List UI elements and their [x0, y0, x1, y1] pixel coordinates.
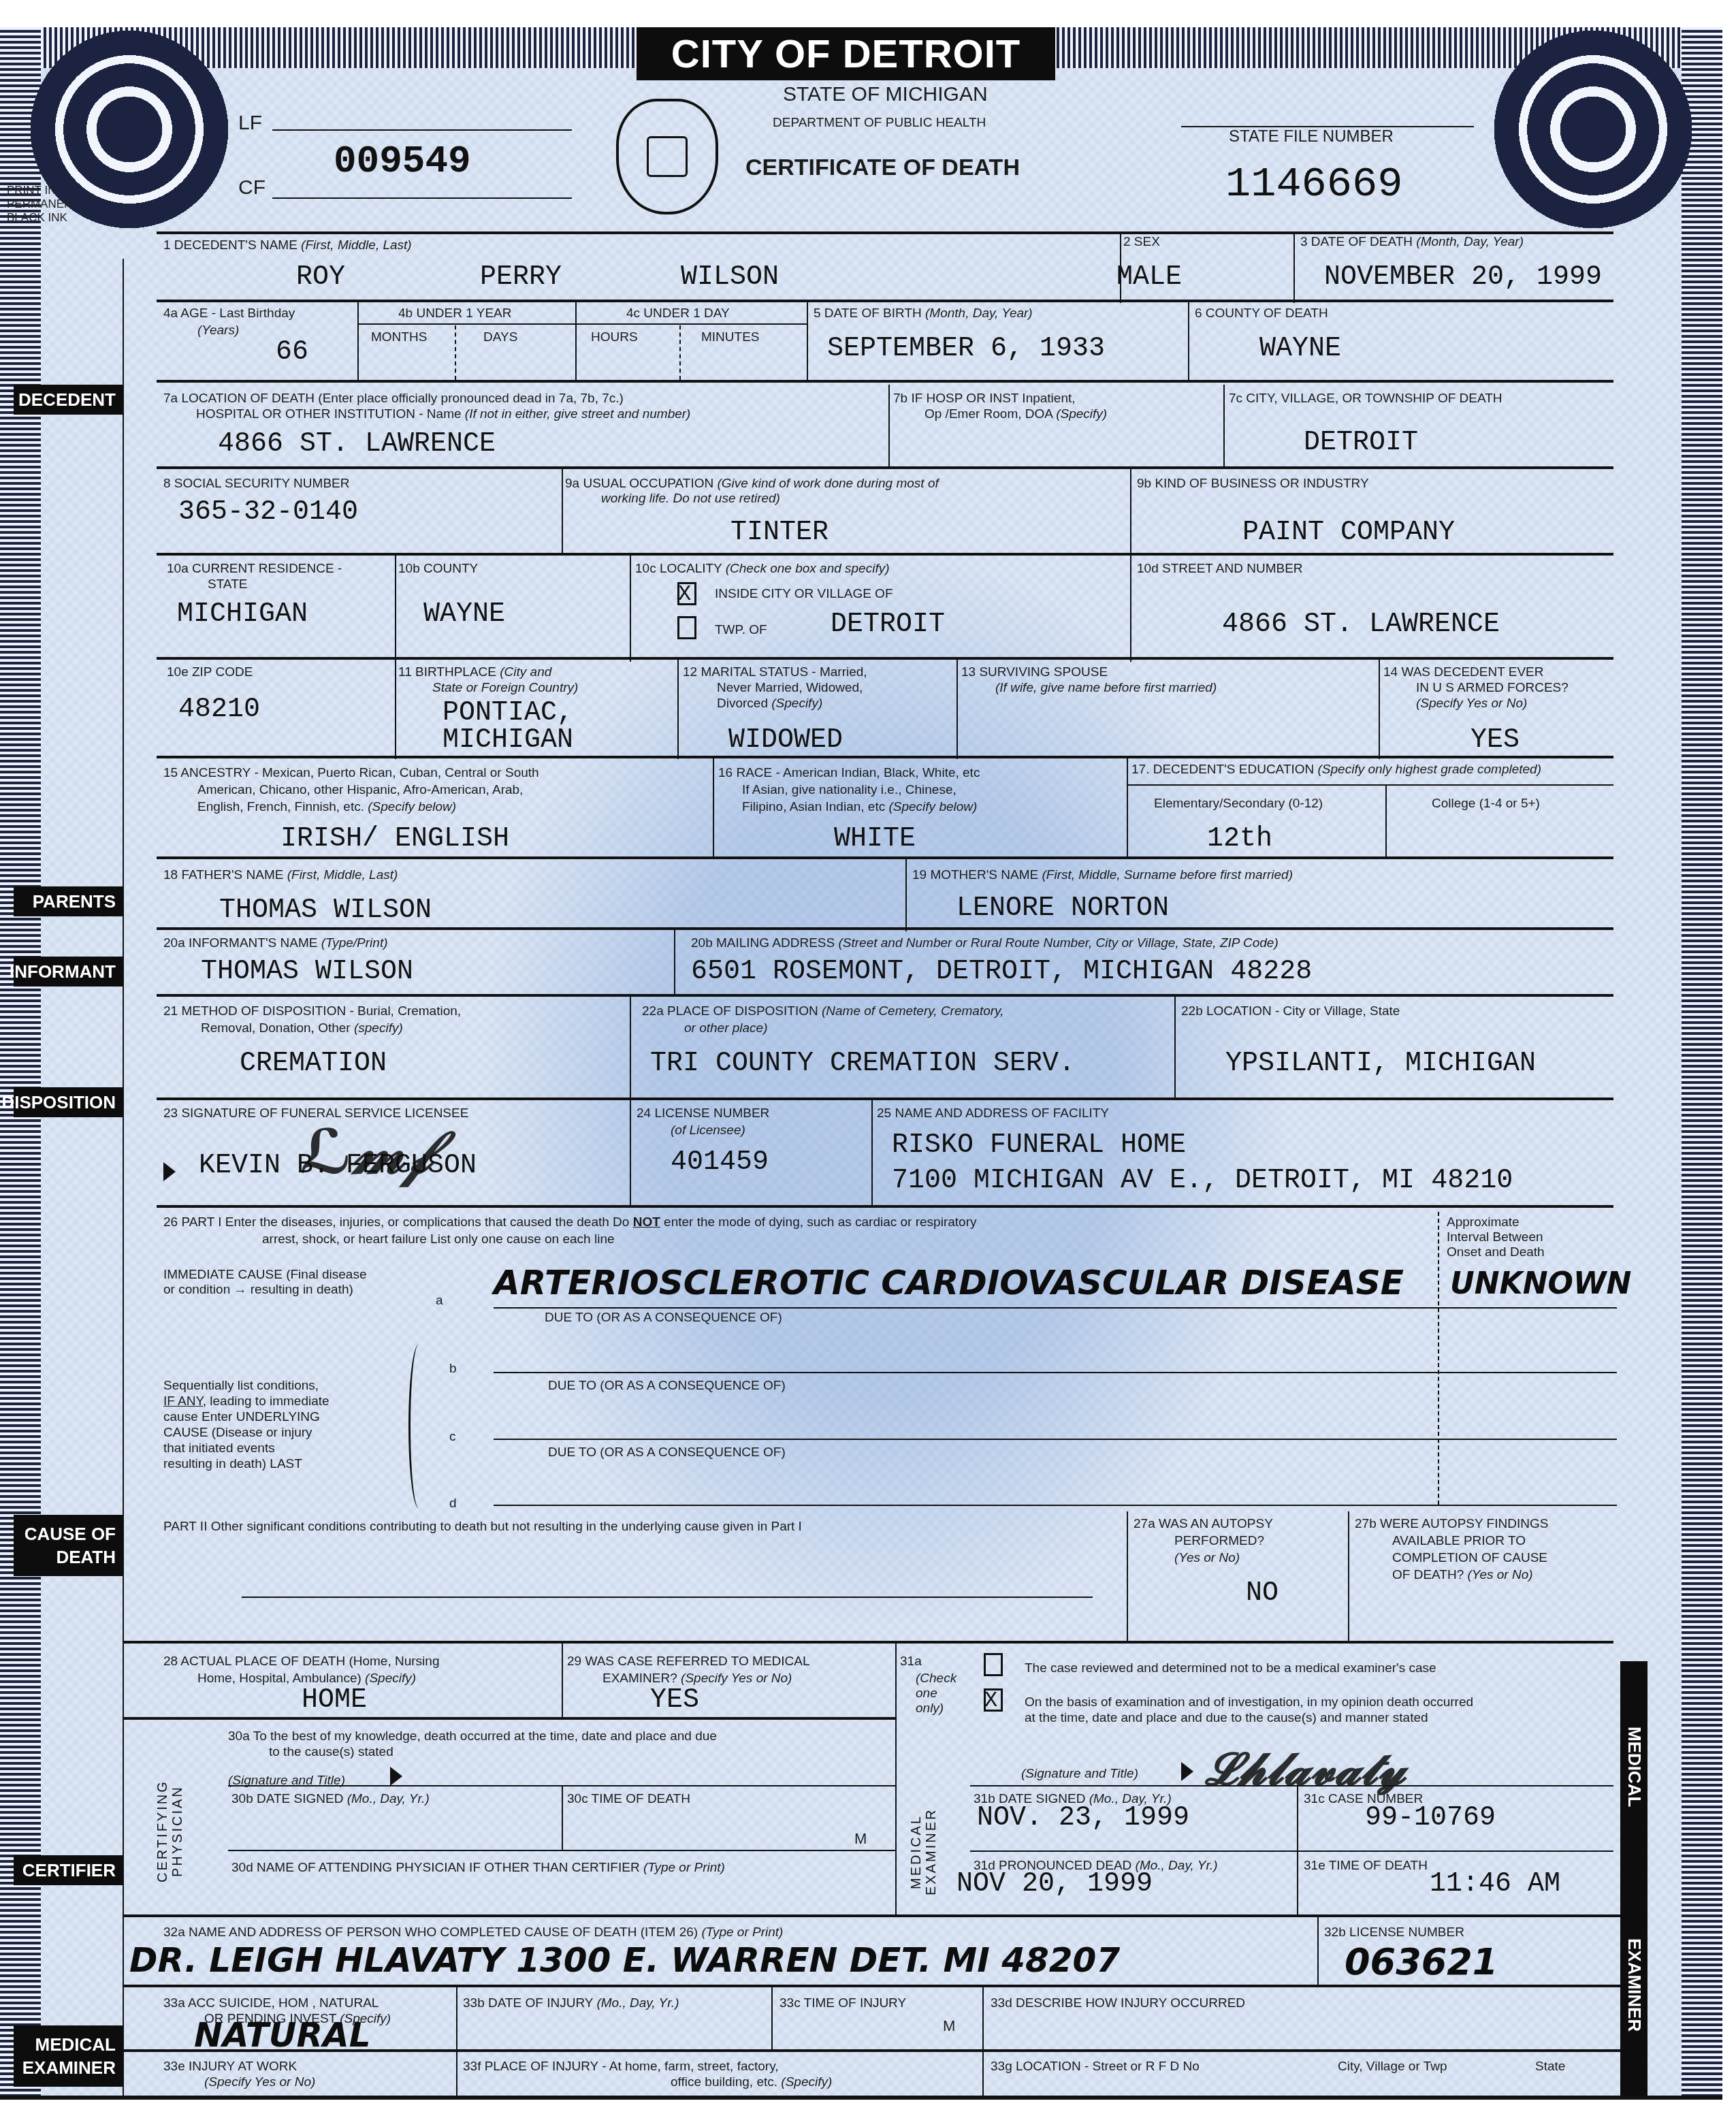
- divider: [395, 553, 396, 662]
- me-bar-line2: EXAMINER: [1624, 1938, 1645, 2032]
- cf-number: 009549: [334, 140, 471, 183]
- bracket-icon: [408, 1345, 429, 1508]
- birthplace-line1: PONTIAC,: [443, 698, 573, 728]
- divider: [357, 323, 807, 325]
- f30d-label: 30d NAME OF ATTENDING PHYSICIAN IF OTHER…: [231, 1861, 725, 1876]
- signature-arrow-icon: [390, 1767, 402, 1786]
- f4c-hours: HOURS: [591, 330, 638, 345]
- divider: [228, 1850, 895, 1851]
- education-elementary: 12th: [1207, 824, 1272, 854]
- f10a-label2: STATE: [208, 577, 247, 592]
- f9a-label: 9a USUAL OCCUPATION (Give kind of work d…: [565, 477, 939, 492]
- f28-label2: Home, Hospital, Ambulance) (Specify): [197, 1671, 416, 1686]
- divider: [630, 553, 631, 662]
- divider: [888, 385, 890, 466]
- date-of-death: NOVEMBER 20, 1999: [1324, 262, 1602, 293]
- birthplace-line2: MICHIGAN: [443, 725, 573, 756]
- divider: [1127, 1511, 1128, 1641]
- licensee-signature: ℒ𝓂𝒻: [300, 1117, 432, 1189]
- sex-value: MALE: [1116, 262, 1182, 293]
- f13-label: 13 SURVIVING SPOUSE: [961, 665, 1108, 680]
- f30c-label: 30c TIME OF DEATH: [567, 1792, 690, 1807]
- residence-street: 4866 ST. LAWRENCE: [1222, 609, 1500, 640]
- f29-label2: EXAMINER? (Specify Yes or No): [602, 1671, 792, 1686]
- signature-arrow-icon: [1181, 1762, 1193, 1781]
- f14-label2: IN U S ARMED FORCES?: [1416, 681, 1569, 696]
- f10b-label: 10b COUNTY: [398, 562, 478, 577]
- f7c-label: 7c CITY, VILLAGE, OR TOWNSHIP OF DEATH: [1229, 391, 1502, 406]
- facility-address: 7100 MICHIGAN AV E., DETROIT, MI 48210: [892, 1166, 1513, 1196]
- interval-divider: [1438, 1212, 1439, 1505]
- divider: [630, 994, 631, 1100]
- pronounced-dead-date: NOV 20, 1999: [957, 1869, 1153, 1899]
- f30c-suffix: M: [854, 1831, 867, 1846]
- f25-label: 25 NAME AND ADDRESS OF FACILITY: [877, 1106, 1109, 1121]
- row-divider: [157, 380, 1613, 383]
- side-tab-medical-examiner: MEDICAL EXAMINER: [14, 2025, 123, 2087]
- f10a-label: 10a CURRENT RESIDENCE -: [167, 562, 342, 577]
- f12-label2: Never Married, Widowed,: [717, 681, 863, 696]
- f33a-label: 33a ACC SUICIDE, HOM , NATURAL: [163, 1996, 379, 2011]
- f33g-state-label: State: [1535, 2059, 1565, 2074]
- f16-label2: If Asian, give nationality i.e., Chinese…: [742, 783, 957, 798]
- disposition-location: YPSILANTI, MICHIGAN: [1225, 1048, 1536, 1079]
- f4b-days: DAYS: [483, 330, 517, 345]
- f10c-label: 10c LOCALITY (Check one box and specify): [635, 562, 890, 577]
- f22b-label: 22b LOCATION - City or Village, State: [1181, 1004, 1400, 1019]
- row-divider: [157, 756, 1613, 758]
- row-divider: [157, 657, 1613, 660]
- f7b-label2: Op /Emer Room, DOA (Specify): [925, 407, 1107, 422]
- watermark-seal: [477, 545, 1293, 1634]
- f27b-label2: AVAILABLE PRIOR TO: [1392, 1534, 1526, 1549]
- divider: [1174, 994, 1176, 1100]
- ancestry-value: IRISH/ ENGLISH: [280, 824, 509, 854]
- f8-label: 8 SOCIAL SECURITY NUMBER: [163, 477, 349, 492]
- age-value: 66: [276, 337, 308, 368]
- row-divider: [123, 1985, 1620, 1987]
- business-industry: PAINT COMPANY: [1242, 517, 1455, 548]
- cause-letter-d: d: [449, 1496, 457, 1511]
- inside-city-checkbox[interactable]: [677, 582, 696, 605]
- cause-line-a: [494, 1307, 1617, 1309]
- decedent-middle-name: PERRY: [480, 262, 562, 293]
- f20a-label: 20a INFORMANT'S NAME (Type/Print): [163, 936, 388, 951]
- decedent-last-name: WILSON: [681, 262, 779, 293]
- date-of-birth: SEPTEMBER 6, 1933: [827, 334, 1105, 364]
- state-seal-icon: [616, 99, 718, 214]
- township-label: TWP. OF: [715, 623, 767, 638]
- township-checkbox[interactable]: [677, 616, 696, 639]
- row-divider: [157, 1205, 1613, 1208]
- part2-label: PART II Other significant conditions con…: [163, 1520, 802, 1535]
- divider: [562, 1641, 563, 1719]
- divider: [1379, 657, 1380, 759]
- side-tab-informant: INFORMANT: [14, 957, 123, 987]
- due-to-b: DUE TO (OR AS A CONSEQUENCE OF): [548, 1379, 786, 1394]
- f18-label: 18 FATHER'S NAME (First, Middle, Last): [163, 868, 398, 883]
- f27a-label: 27a WAS AN AUTOPSY: [1134, 1517, 1273, 1532]
- f29-label: 29 WAS CASE REFERRED TO MEDICAL: [567, 1654, 810, 1669]
- f26-label: 26 PART I Enter the diseases, injuries, …: [163, 1215, 976, 1230]
- f4b-months: MONTHS: [371, 330, 427, 345]
- f6-label: 6 COUNTY OF DEATH: [1195, 306, 1328, 321]
- row-divider: [123, 1717, 895, 1720]
- f2-label: 2 SEX: [1123, 235, 1160, 250]
- f21-label2: Removal, Donation, Other (specify): [201, 1021, 403, 1036]
- f31a-label: 31a: [900, 1654, 922, 1669]
- mother-name: LENORE NORTON: [957, 893, 1169, 924]
- side-tab-cause-line2: DEATH: [56, 1545, 116, 1569]
- row-divider: [157, 994, 1613, 997]
- part2-line: [242, 1597, 1093, 1598]
- autopsy-performed: NO: [1246, 1578, 1279, 1609]
- divider: [674, 927, 675, 995]
- cause-line-d: [494, 1505, 1617, 1506]
- case-number: 99-10769: [1365, 1803, 1496, 1833]
- f15-label2: American, Chicano, other Hispanic, Afro-…: [197, 783, 523, 798]
- f33c-suffix: M: [943, 2019, 955, 2034]
- f17-college-label: College (1-4 or 5+): [1432, 797, 1540, 812]
- f4c-minutes: MINUTES: [701, 330, 760, 345]
- divider: [357, 300, 359, 381]
- form-left-edge: [123, 259, 124, 2097]
- locality-value: DETROIT: [831, 609, 945, 640]
- f14-hint: (Specify Yes or No): [1416, 696, 1527, 711]
- f31e-label: 31e TIME OF DEATH: [1304, 1859, 1428, 1874]
- row-divider: [123, 2049, 1620, 2052]
- f1-label: 1 DECEDENT'S NAME (First, Middle, Last): [163, 238, 412, 253]
- f32a-label: 32a NAME AND ADDRESS OF PERSON WHO COMPL…: [163, 1925, 783, 1940]
- f33b-label: 33b DATE OF INJURY (Mo., Day, Yr.): [463, 1996, 679, 2011]
- f27b-label: 27b WERE AUTOPSY FINDINGS: [1355, 1517, 1548, 1532]
- disposition-method: CREMATION: [240, 1048, 387, 1079]
- divider: [970, 1850, 1613, 1852]
- sequential-label-5: that initiated events: [163, 1441, 275, 1456]
- cause-line-b: [494, 1372, 1617, 1373]
- f11-label: 11 BIRTHPLACE (City and: [398, 665, 551, 680]
- permanent-ink-note: PRINT IN PERMANENT BLACK INK: [7, 184, 102, 225]
- divider: [456, 1985, 457, 2097]
- divider: [871, 1097, 873, 1206]
- cause-completed-by: DR. LEIGH HLAVATY 1300 E. WARREN DET. MI…: [129, 1940, 1120, 1980]
- side-tab-certifier: CERTIFIER: [14, 1855, 123, 1885]
- immediate-cause-label: IMMEDIATE CAUSE (Final disease or condit…: [163, 1268, 381, 1298]
- me-examination-checkbox[interactable]: [984, 1688, 1003, 1712]
- residence-state: MICHIGAN: [177, 599, 308, 630]
- f5-label: 5 DATE OF BIRTH (Month, Day, Year): [814, 306, 1033, 321]
- cause-a-value: ARTERIOSCLEROTIC CARDIOVASCULAR DISEASE: [494, 1263, 1404, 1302]
- f4a-hint: (Years): [197, 323, 239, 338]
- sequential-label-4: CAUSE (Disease or injury: [163, 1426, 312, 1441]
- medical-examiner-label: MEDICAL EXAMINER: [909, 1791, 950, 1913]
- divider: [982, 1985, 984, 2097]
- divider: [771, 1985, 773, 2049]
- interval-label: Approximate Interval Between Onset and D…: [1447, 1215, 1562, 1260]
- f33e-label: 33e INJURY AT WORK: [163, 2059, 297, 2074]
- row-divider: [157, 231, 1613, 234]
- divider: [1317, 1914, 1319, 1986]
- dashed-divider: [679, 325, 681, 380]
- f15-label: 15 ANCESTRY - Mexican, Puerto Rican, Cub…: [163, 766, 539, 781]
- divider: [575, 300, 577, 381]
- department-name: DEPARTMENT OF PUBLIC HEALTH: [773, 116, 986, 131]
- f9b-label: 9b KIND OF BUSINESS OR INDUSTRY: [1137, 477, 1369, 492]
- side-tab-decedent: DECEDENT: [14, 385, 123, 415]
- page-title: CERTIFICATE OF DEATH: [745, 160, 1020, 175]
- f27a-label2: PERFORMED?: [1174, 1534, 1264, 1549]
- f32b-label: 32b LICENSE NUMBER: [1324, 1925, 1464, 1940]
- social-security-number: 365-32-0140: [178, 497, 358, 528]
- lf-line: [272, 129, 572, 131]
- f12-label3: Divorced (Specify): [717, 696, 822, 711]
- completer-license-number: 063621: [1345, 1940, 1498, 1983]
- f33g-label: 33g LOCATION - Street or R F D No: [991, 2059, 1200, 2074]
- medical-examiner-bar: MEDICAL EXAMINER: [1620, 1661, 1647, 2097]
- corner-ornament-icon: [1464, 27, 1722, 231]
- f4a-label: 4a AGE - Last Birthday: [163, 306, 295, 321]
- side-tab-me-line2: EXAMINER: [22, 2056, 116, 2079]
- due-to-a: DUE TO (OR AS A CONSEQUENCE OF): [545, 1311, 782, 1326]
- ornate-border-left: [0, 27, 41, 2097]
- f28-label: 28 ACTUAL PLACE OF DEATH (Home, Nursing: [163, 1654, 439, 1669]
- f31a-signature-label: (Signature and Title): [1021, 1767, 1138, 1782]
- divider: [1188, 300, 1189, 381]
- f33f-label2: office building, etc. (Specify): [671, 2075, 832, 2090]
- actual-place-of-death: HOME: [302, 1685, 367, 1716]
- f27b-label4: OF DEATH? (Yes or No): [1392, 1568, 1533, 1583]
- f33c-label: 33c TIME OF INJURY: [779, 1996, 906, 2011]
- divider: [630, 1097, 631, 1206]
- row-divider: [157, 553, 1613, 556]
- sequential-label-6: resulting in death) LAST: [163, 1457, 302, 1472]
- decedent-first-name: ROY: [296, 262, 345, 293]
- divider: [1297, 1785, 1298, 1914]
- residence-county: WAYNE: [423, 599, 505, 630]
- city-of-death: DETROIT: [1304, 428, 1418, 458]
- inside-city-label: INSIDE CITY OR VILLAGE OF: [715, 587, 893, 602]
- divider: [1130, 553, 1131, 662]
- f31a-option1: The case reviewed and determined not to …: [1025, 1661, 1436, 1676]
- f4c-label: 4c UNDER 1 DAY: [626, 306, 730, 321]
- dashed-divider: [455, 325, 456, 380]
- city-banner: CITY OF DETROIT: [637, 27, 1055, 80]
- f30a-label: 30a To the best of my knowledge, death o…: [228, 1729, 717, 1744]
- side-tab-me-line1: MEDICAL: [35, 2033, 116, 2056]
- cause-letter-c: c: [449, 1430, 456, 1445]
- marital-status: WIDOWED: [728, 725, 843, 756]
- facility-name: RISKO FUNERAL HOME: [892, 1130, 1186, 1161]
- f16-label: 16 RACE - American Indian, Black, White,…: [718, 766, 980, 781]
- signature-arrow-icon: [163, 1162, 176, 1181]
- divider: [562, 466, 563, 555]
- me-bar-line1: MEDICAL: [1624, 1727, 1645, 1807]
- divider: [1293, 231, 1295, 303]
- sequential-label-2: IF ANY, leading to immediate: [163, 1394, 329, 1409]
- sheet-bottom-edge: [0, 2096, 1722, 2100]
- f22a-hint2: or other place): [684, 1021, 768, 1036]
- armed-forces: YES: [1470, 725, 1520, 756]
- row-divider: [123, 1641, 1613, 1644]
- f24-hint: (of Licensee): [671, 1123, 745, 1138]
- licensee-number: 401459: [671, 1147, 769, 1178]
- cause-letter-a: a: [436, 1294, 443, 1309]
- f10d-label: 10d STREET AND NUMBER: [1137, 562, 1303, 577]
- f26-label2: arrest, shock, or heart failure List onl…: [262, 1232, 615, 1247]
- divider: [1127, 756, 1128, 858]
- f10e-label: 10e ZIP CODE: [167, 665, 253, 680]
- informant-name: THOMAS WILSON: [201, 957, 413, 987]
- medical-examiner-signature: 𝓛𝓱𝓵𝓪𝓿𝓪𝓽𝔂: [1205, 1743, 1406, 1797]
- divider: [905, 856, 907, 931]
- f7b-label: 7b IF HOSP OR INST Inpatient,: [893, 391, 1076, 406]
- occupation-value: TINTER: [730, 517, 829, 548]
- f31a-option2: On the basis of examination and of inves…: [1025, 1695, 1473, 1710]
- location-of-death: 4866 ST. LAWRENCE: [218, 429, 496, 460]
- f15-label3: English, French, Finnish, etc. (Specify …: [197, 800, 456, 815]
- f22a-label: 22a PLACE OF DISPOSITION (Name of Cemete…: [642, 1004, 1003, 1019]
- divider: [895, 1641, 897, 1917]
- f16-label3: Filipino, Asian Indian, etc (Specify bel…: [742, 800, 977, 815]
- divider: [713, 756, 714, 858]
- me-date-signed: NOV. 23, 1999: [977, 1803, 1189, 1833]
- row-divider: [157, 466, 1613, 469]
- f11-hint2: State or Foreign Country): [432, 681, 578, 696]
- f31a-hint: (Check one only): [916, 1671, 957, 1716]
- sequential-label-1: Sequentially list conditions,: [163, 1379, 319, 1394]
- row-divider: [157, 1097, 1613, 1100]
- referred-to-me: YES: [650, 1685, 699, 1716]
- f33f-label: 33f PLACE OF INJURY - At home, farm, str…: [463, 2059, 779, 2074]
- father-name: THOMAS WILSON: [219, 895, 432, 926]
- row-divider: [123, 1914, 1620, 1917]
- f13-hint: (If wife, give name before first married…: [995, 681, 1217, 696]
- f19-label: 19 MOTHER'S NAME (First, Middle, Surname…: [912, 868, 1293, 883]
- county-of-death: WAYNE: [1259, 334, 1341, 364]
- cf-label: CF: [238, 180, 266, 195]
- state-file-label: STATE FILE NUMBER: [1229, 129, 1394, 144]
- f12-label: 12 MARITAL STATUS - Married,: [683, 665, 867, 680]
- me-time-of-death: 11:46 AM: [1430, 1869, 1560, 1899]
- f33d-label: 33d DESCRIBE HOW INJURY OCCURRED: [991, 1996, 1245, 2011]
- divider: [1130, 466, 1131, 555]
- ornate-border-right: [1682, 27, 1722, 2097]
- f30b-label: 30b DATE SIGNED (Mo., Day, Yr.): [231, 1792, 430, 1807]
- race-value: WHITE: [834, 824, 916, 854]
- cause-letter-b: b: [449, 1362, 457, 1377]
- f17-elementary-label: Elementary/Secondary (0-12): [1154, 797, 1323, 812]
- row-divider: [157, 300, 1613, 302]
- f27a-hint: (Yes or No): [1174, 1551, 1240, 1566]
- state-file-number: 1146669: [1225, 160, 1402, 208]
- divider: [1385, 784, 1387, 858]
- zip-code: 48210: [178, 694, 260, 725]
- lf-label: LF: [238, 116, 262, 131]
- divider: [970, 1785, 1613, 1786]
- divider: [1127, 784, 1613, 786]
- f33e-hint: (Specify Yes or No): [204, 2075, 315, 2090]
- f24-label: 24 LICENSE NUMBER: [637, 1106, 769, 1121]
- side-tab-disposition: DISPOSITION: [14, 1087, 123, 1117]
- f17-label: 17. DECEDENT'S EDUCATION (Specify only h…: [1131, 763, 1541, 778]
- cf-line: [272, 197, 572, 199]
- f31a-option2b: at the time, date and place and due to t…: [1025, 1711, 1428, 1726]
- divider: [957, 657, 958, 759]
- f14-label: 14 WAS DECEDENT EVER: [1383, 665, 1543, 680]
- due-to-c: DUE TO (OR AS A CONSEQUENCE OF): [548, 1445, 786, 1460]
- divider: [562, 1785, 563, 1850]
- f7a-label: 7a LOCATION OF DEATH (Enter place offici…: [163, 391, 624, 406]
- not-me-case-checkbox[interactable]: [984, 1653, 1003, 1676]
- side-tab-cause-of-death: CAUSE OF DEATH: [14, 1515, 123, 1576]
- f9a-hint2: working life. Do not use retired): [601, 492, 780, 507]
- f33g-city-label: City, Village or Twp: [1338, 2059, 1447, 2074]
- f20b-label: 20b MAILING ADDRESS (Street and Number o…: [691, 936, 1279, 951]
- side-tab-cause-line1: CAUSE OF: [25, 1522, 116, 1545]
- certifying-physician-label: CERTIFYING PHYSICIAN: [155, 1770, 196, 1893]
- row-divider: [157, 856, 1613, 859]
- f7a-label2: HOSPITAL OR OTHER INSTITUTION - Name (If…: [196, 407, 690, 422]
- divider: [1223, 385, 1225, 466]
- f30a-label2: to the cause(s) stated: [269, 1745, 393, 1760]
- row-divider: [157, 927, 1613, 930]
- f3-label: 3 DATE OF DEATH (Month, Day, Year): [1300, 235, 1524, 250]
- side-tab-parents: PARENTS: [14, 886, 123, 916]
- divider: [395, 657, 396, 759]
- divider: [807, 300, 808, 381]
- f27b-label3: COMPLETION OF CAUSE: [1392, 1551, 1547, 1566]
- disposition-place: TRI COUNTY CREMATION SERV.: [650, 1048, 1075, 1079]
- cause-line-c: [494, 1439, 1617, 1440]
- cause-a-interval: UNKNOWN: [1450, 1266, 1631, 1301]
- sequential-label-3: cause Enter UNDERLYING: [163, 1410, 320, 1425]
- f21-label: 21 METHOD OF DISPOSITION - Burial, Crema…: [163, 1004, 461, 1019]
- divider: [1348, 1511, 1349, 1641]
- informant-address: 6501 ROSEMONT, DETROIT, MICHIGAN 48228: [691, 957, 1312, 987]
- state-name: STATE OF MICHIGAN: [783, 87, 988, 102]
- f4b-label: 4b UNDER 1 YEAR: [398, 306, 512, 321]
- divider: [677, 657, 679, 759]
